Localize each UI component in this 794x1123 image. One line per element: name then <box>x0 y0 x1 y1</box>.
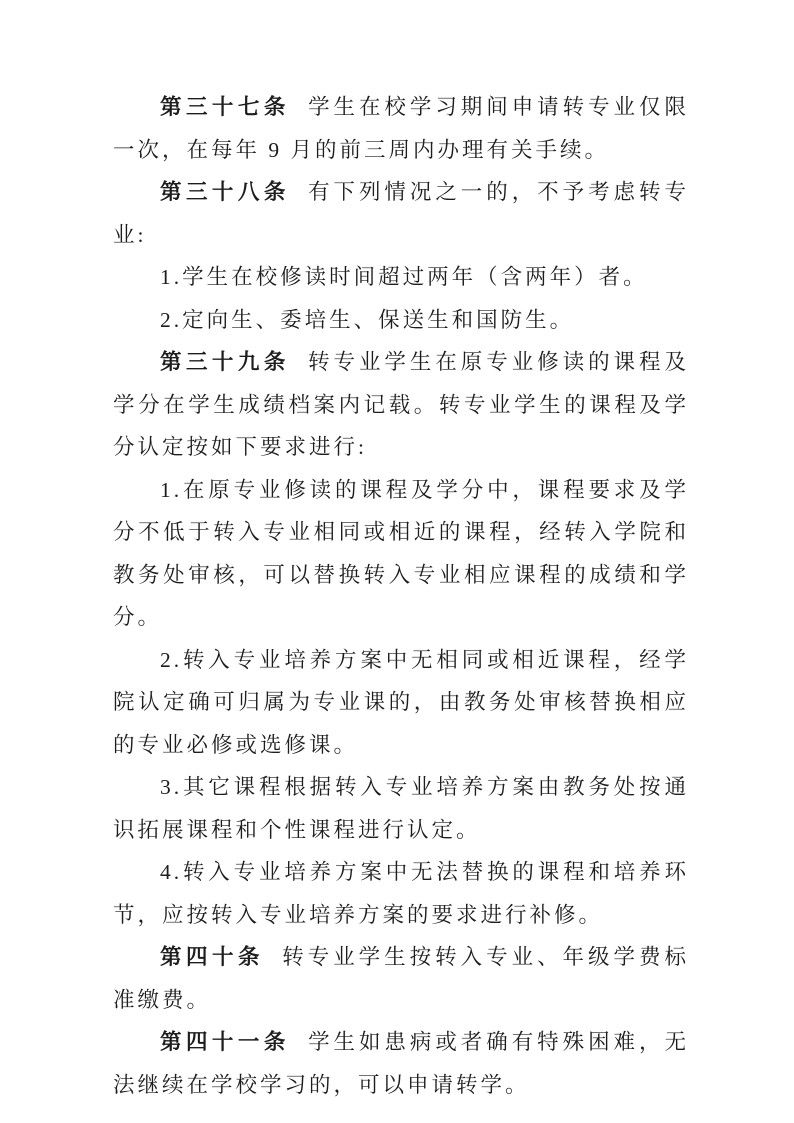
paragraph-text: 4.转入专业培养方案中无法替换的课程和培养环节，应按转入专业培养方案的要求进行补… <box>113 860 689 927</box>
article-number: 第三十八条 <box>160 180 290 204</box>
paragraph: 3.其它课程根据转入专业培养方案由教务处按通识拓展课程和个性课程进行认定。 <box>113 766 689 851</box>
paragraph: 2.转入专业培养方案中无相同或相近课程，经学院认定确可归属为专业课的，由教务处审… <box>113 639 689 767</box>
paragraph: 第四十条转专业学生按转入专业、年级学费标准缴费。 <box>113 936 689 1021</box>
article-number: 第四十条 <box>160 945 264 969</box>
paragraph-text: 3.其它课程根据转入专业培养方案由教务处按通识拓展课程和个性课程进行认定。 <box>113 775 689 842</box>
paragraph: 1.学生在校修读时间超过两年（含两年）者。 <box>113 256 689 299</box>
document-page: 第三十七条学生在校学习期间申请转专业仅限一次，在每年 9 月的前三周内办理有关手… <box>0 0 794 1123</box>
paragraph: 第四十一条学生如患病或者确有特殊困难，无法继续在学校学习的，可以申请转学。 <box>113 1021 689 1106</box>
paragraph: 第三十七条学生在校学习期间申请转专业仅限一次，在每年 9 月的前三周内办理有关手… <box>113 86 689 171</box>
paragraph-text: 2.转入专业培养方案中无相同或相近课程，经学院认定确可归属为专业课的，由教务处审… <box>113 648 689 757</box>
paragraph: 2.定向生、委培生、保送生和国防生。 <box>113 299 689 342</box>
article-number: 第四十一条 <box>160 1030 290 1054</box>
paragraph: 4.转入专业培养方案中无法替换的课程和培养环节，应按转入专业培养方案的要求进行补… <box>113 851 689 936</box>
paragraph-text: 1.在原专业修读的课程及学分中，课程要求及学分不低于转入专业相同或相近的课程，经… <box>113 478 689 630</box>
paragraph: 1.在原专业修读的课程及学分中，课程要求及学分不低于转入专业相同或相近的课程，经… <box>113 469 689 639</box>
document-body: 第三十七条学生在校学习期间申请转专业仅限一次，在每年 9 月的前三周内办理有关手… <box>113 86 689 1106</box>
paragraph: 第三十八条有下列情况之一的，不予考虑转专业: <box>113 171 689 256</box>
article-number: 第三十七条 <box>160 95 290 119</box>
article-number: 第三十九条 <box>160 350 290 374</box>
paragraph-text: 1.学生在校修读时间超过两年（含两年）者。 <box>160 265 648 289</box>
paragraph-text: 2.定向生、委培生、保送生和国防生。 <box>160 308 574 332</box>
paragraph: 第三十九条转专业学生在原专业修读的课程及学分在学生成绩档案内记载。转专业学生的课… <box>113 341 689 469</box>
